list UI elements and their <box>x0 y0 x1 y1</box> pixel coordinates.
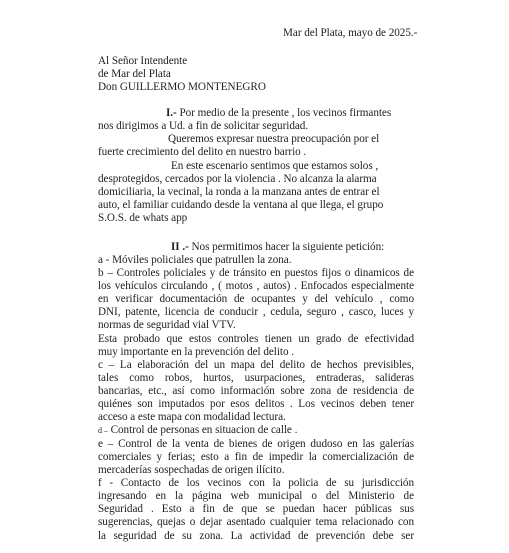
item-d: d – Control de personas en situacion de … <box>98 424 414 437</box>
item-e-line: e – Control de la venta de bienes de ori… <box>98 438 414 451</box>
recipient-line-3: Don GUILLERMO MONTENEGRO <box>98 81 414 94</box>
item-c-line: acceso a este mapa con modalidad lectura… <box>98 411 414 424</box>
section-1-paragraph-3-line-4: auto, el familiar cuidando desde la vent… <box>98 199 414 212</box>
item-b-line: DNI, patente, licencia de conducir , ced… <box>98 306 414 319</box>
section-1-paragraph-3-line-3: domiciliaria, la vecinal, la ronda a la … <box>98 186 414 199</box>
section-1-paragraph-2-line-1: Queremos expresar nuestra preocupación p… <box>98 133 414 146</box>
item-f-line: ingresando en la página web municipal o … <box>98 490 414 503</box>
item-b-line: Esta probado que estos controles tienen … <box>98 333 414 346</box>
item-b-line: normas de seguridad vial VTV. <box>98 319 414 332</box>
item-d-letter: d – <box>98 426 108 435</box>
section-1-paragraph-3-line-1: En este escenario sentimos que estamos s… <box>98 160 414 173</box>
item-b-line: en verificar documentación de ocupantes … <box>98 293 414 306</box>
item-b-line: muy importante en la prevención del deli… <box>98 346 414 359</box>
section-2-intro-text: Nos permitimos hacer la siguiente petici… <box>189 241 384 253</box>
item-a: a - Móviles policiales que patrullen la … <box>98 254 414 267</box>
item-b-line: los vehículos circulando , ( motos , aut… <box>98 280 414 293</box>
letter-page: Mar del Plata, mayo de 2025.- Al Señor I… <box>0 0 509 553</box>
section-1-paragraph-1-line-2: nos dirigimos a Ud. a fin de solicitar s… <box>98 120 414 133</box>
section-1-numeral: I.- <box>166 107 177 119</box>
item-e-line: comerciales y ferias; esto a fin de impe… <box>98 451 414 464</box>
item-f-line: sugerencias, quejas o dejar asentado cua… <box>98 516 414 529</box>
section-2-numeral: II .- <box>171 241 189 253</box>
section-1-paragraph-3-line-2: desprotegidos, cercados por la violencia… <box>98 173 414 186</box>
item-c-line: bancarias, etc., así como información so… <box>98 385 414 398</box>
item-d-text: Control de personas en situacion de call… <box>108 424 298 436</box>
place-date: Mar del Plata, mayo de 2025.- <box>283 27 417 40</box>
item-f-line: la seguridad de su zona. La actividad de… <box>98 530 414 543</box>
item-f-line: f - Contacto de los vecinos con la polic… <box>98 477 414 490</box>
section-1-paragraph-3-line-5: S.O.S. de whats app <box>98 212 414 225</box>
section-1-paragraph-2-line-2: fuerte crecimiento del delito en nuestro… <box>98 146 414 159</box>
item-f-line: Seguridad . Esto a fin de que se puedan … <box>98 503 414 516</box>
item-e-line: mercaderías sospechadas de origen ilícit… <box>98 464 414 477</box>
item-c-line: tales como robos, hurtos, usurpaciones, … <box>98 372 414 385</box>
item-b-line: b – Controles policiales y de tránsito e… <box>98 267 414 280</box>
item-c-line: quiénes son imputados por esos delitos .… <box>98 398 414 411</box>
section-1-text: Por medio de la presente , los vecinos f… <box>177 107 391 119</box>
recipient-line-1: Al Señor Intendente <box>98 55 414 68</box>
item-c-line: c – La elaboración del un mapa del delit… <box>98 359 414 372</box>
section-1-paragraph-1-line-1: I.- Por medio de la presente , los vecin… <box>98 107 414 120</box>
recipient-line-2: de Mar del Plata <box>98 68 414 81</box>
section-2-intro: II .- Nos permitimos hacer la siguiente … <box>98 241 414 254</box>
